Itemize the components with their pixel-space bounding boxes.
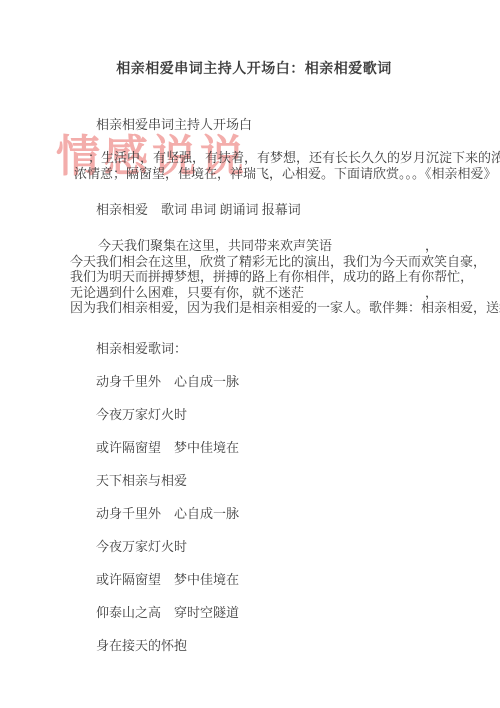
opening-segment: ，	[473, 254, 486, 270]
intro-line-1: ；生活中，有坚强，有扶着，有梦想，还有长长久久的岁月沉淀下来的浓	[70, 150, 438, 166]
lyrics-block: 动身千里外 心自成一脉 今夜万家灯火时 或许隔窗望 梦中佳境在 天下相亲与相爱 …	[70, 374, 438, 653]
opening-line-2: 今天我们相会在这里，欣赏了精彩无比的演出 ， 我们为今天而欢笑自豪 ，	[70, 254, 438, 270]
opening-segment: 今天我们聚集在这里，共同带来欢声笑语	[70, 238, 332, 254]
lyric-line: 或许隔窗望 梦中佳境在	[70, 440, 438, 455]
opening-segment: ，	[425, 238, 438, 254]
opening-line-5: 因为我们相亲相爱，因为我们是相亲相爱的一家人。歌伴舞：相亲相爱，送给大家	[70, 300, 438, 316]
lyric-line: 仰泰山之高 穿时空隧道	[70, 605, 438, 620]
lyric-line: 天下相亲与相爱	[70, 473, 438, 488]
document-content: 相亲相爱串词主持人开场白：相亲相爱歌词 相亲相爱串词主持人开场白 ；生活中，有坚…	[0, 62, 500, 653]
lyric-line: 今夜万家灯火时	[70, 539, 438, 554]
opening-line-4: 无论遇到什么困难，只要有你，就不迷茫 ，	[70, 285, 438, 301]
lyric-line: 今夜万家灯火时	[70, 407, 438, 422]
opening-line-1: 今天我们聚集在这里，共同带来欢声笑语 ，	[70, 238, 438, 254]
opening-segment: ，	[425, 285, 438, 301]
opening-segment: ，	[330, 254, 343, 270]
lyrics-heading: 相亲相爱歌词：	[70, 341, 438, 356]
document-title: 相亲相爱串词主持人开场白：相亲相爱歌词	[70, 62, 438, 78]
opening-segment: ，	[460, 269, 473, 285]
opening-line-3: 我们为明天而拼搏梦想 ， 拼搏的路上有你相伴 ， 成功的路上有你帮忙 ，	[70, 269, 438, 285]
intro-paragraph: ；生活中，有坚强，有扶着，有梦想，还有长长久久的岁月沉淀下来的浓 浓情意；隔窗望…	[70, 150, 438, 181]
opening-segment: 我们为明天而拼搏梦想	[70, 269, 200, 285]
lyric-line: 或许隔窗望 梦中佳境在	[70, 572, 438, 587]
opening-segment: 因为我们相亲相爱，因为我们是相亲相爱的一家人。歌伴舞：相亲相爱，送给大家	[70, 300, 500, 315]
opening-segment: 拼搏的路上有你相伴	[213, 269, 330, 285]
opening-segment: 今天我们相会在这里，欣赏了精彩无比的演出	[70, 254, 330, 270]
opening-segment: 成功的路上有你帮忙	[343, 269, 460, 285]
opening-paragraph: 今天我们聚集在这里，共同带来欢声笑语 ， 今天我们相会在这里，欣赏了精彩无比的演…	[70, 238, 438, 316]
opening-segment: ，	[200, 269, 213, 285]
keywords-line: 相亲相爱 歌词 串词 朗诵词 报幕词	[70, 202, 438, 217]
document-page: 情感说说 相亲相爱串词主持人开场白：相亲相爱歌词 相亲相爱串词主持人开场白 ；生…	[0, 0, 500, 708]
intro-line-2: 浓情意；隔窗望，佳境在，祥瑞飞，心相爱。下面请欣赏。。。《相亲相爱》	[70, 166, 438, 182]
opening-segment: ，	[330, 269, 343, 285]
opening-segment: 我们为今天而欢笑自豪	[343, 254, 473, 270]
lyric-line: 身在接天的怀抱	[70, 638, 438, 653]
opening-segment: 无论遇到什么困难，只要有你，就不迷茫	[70, 285, 304, 301]
lyric-line: 动身千里外 心自成一脉	[70, 374, 438, 389]
section-subtitle: 相亲相爱串词主持人开场白	[70, 117, 438, 132]
lyric-line: 动身千里外 心自成一脉	[70, 506, 438, 521]
